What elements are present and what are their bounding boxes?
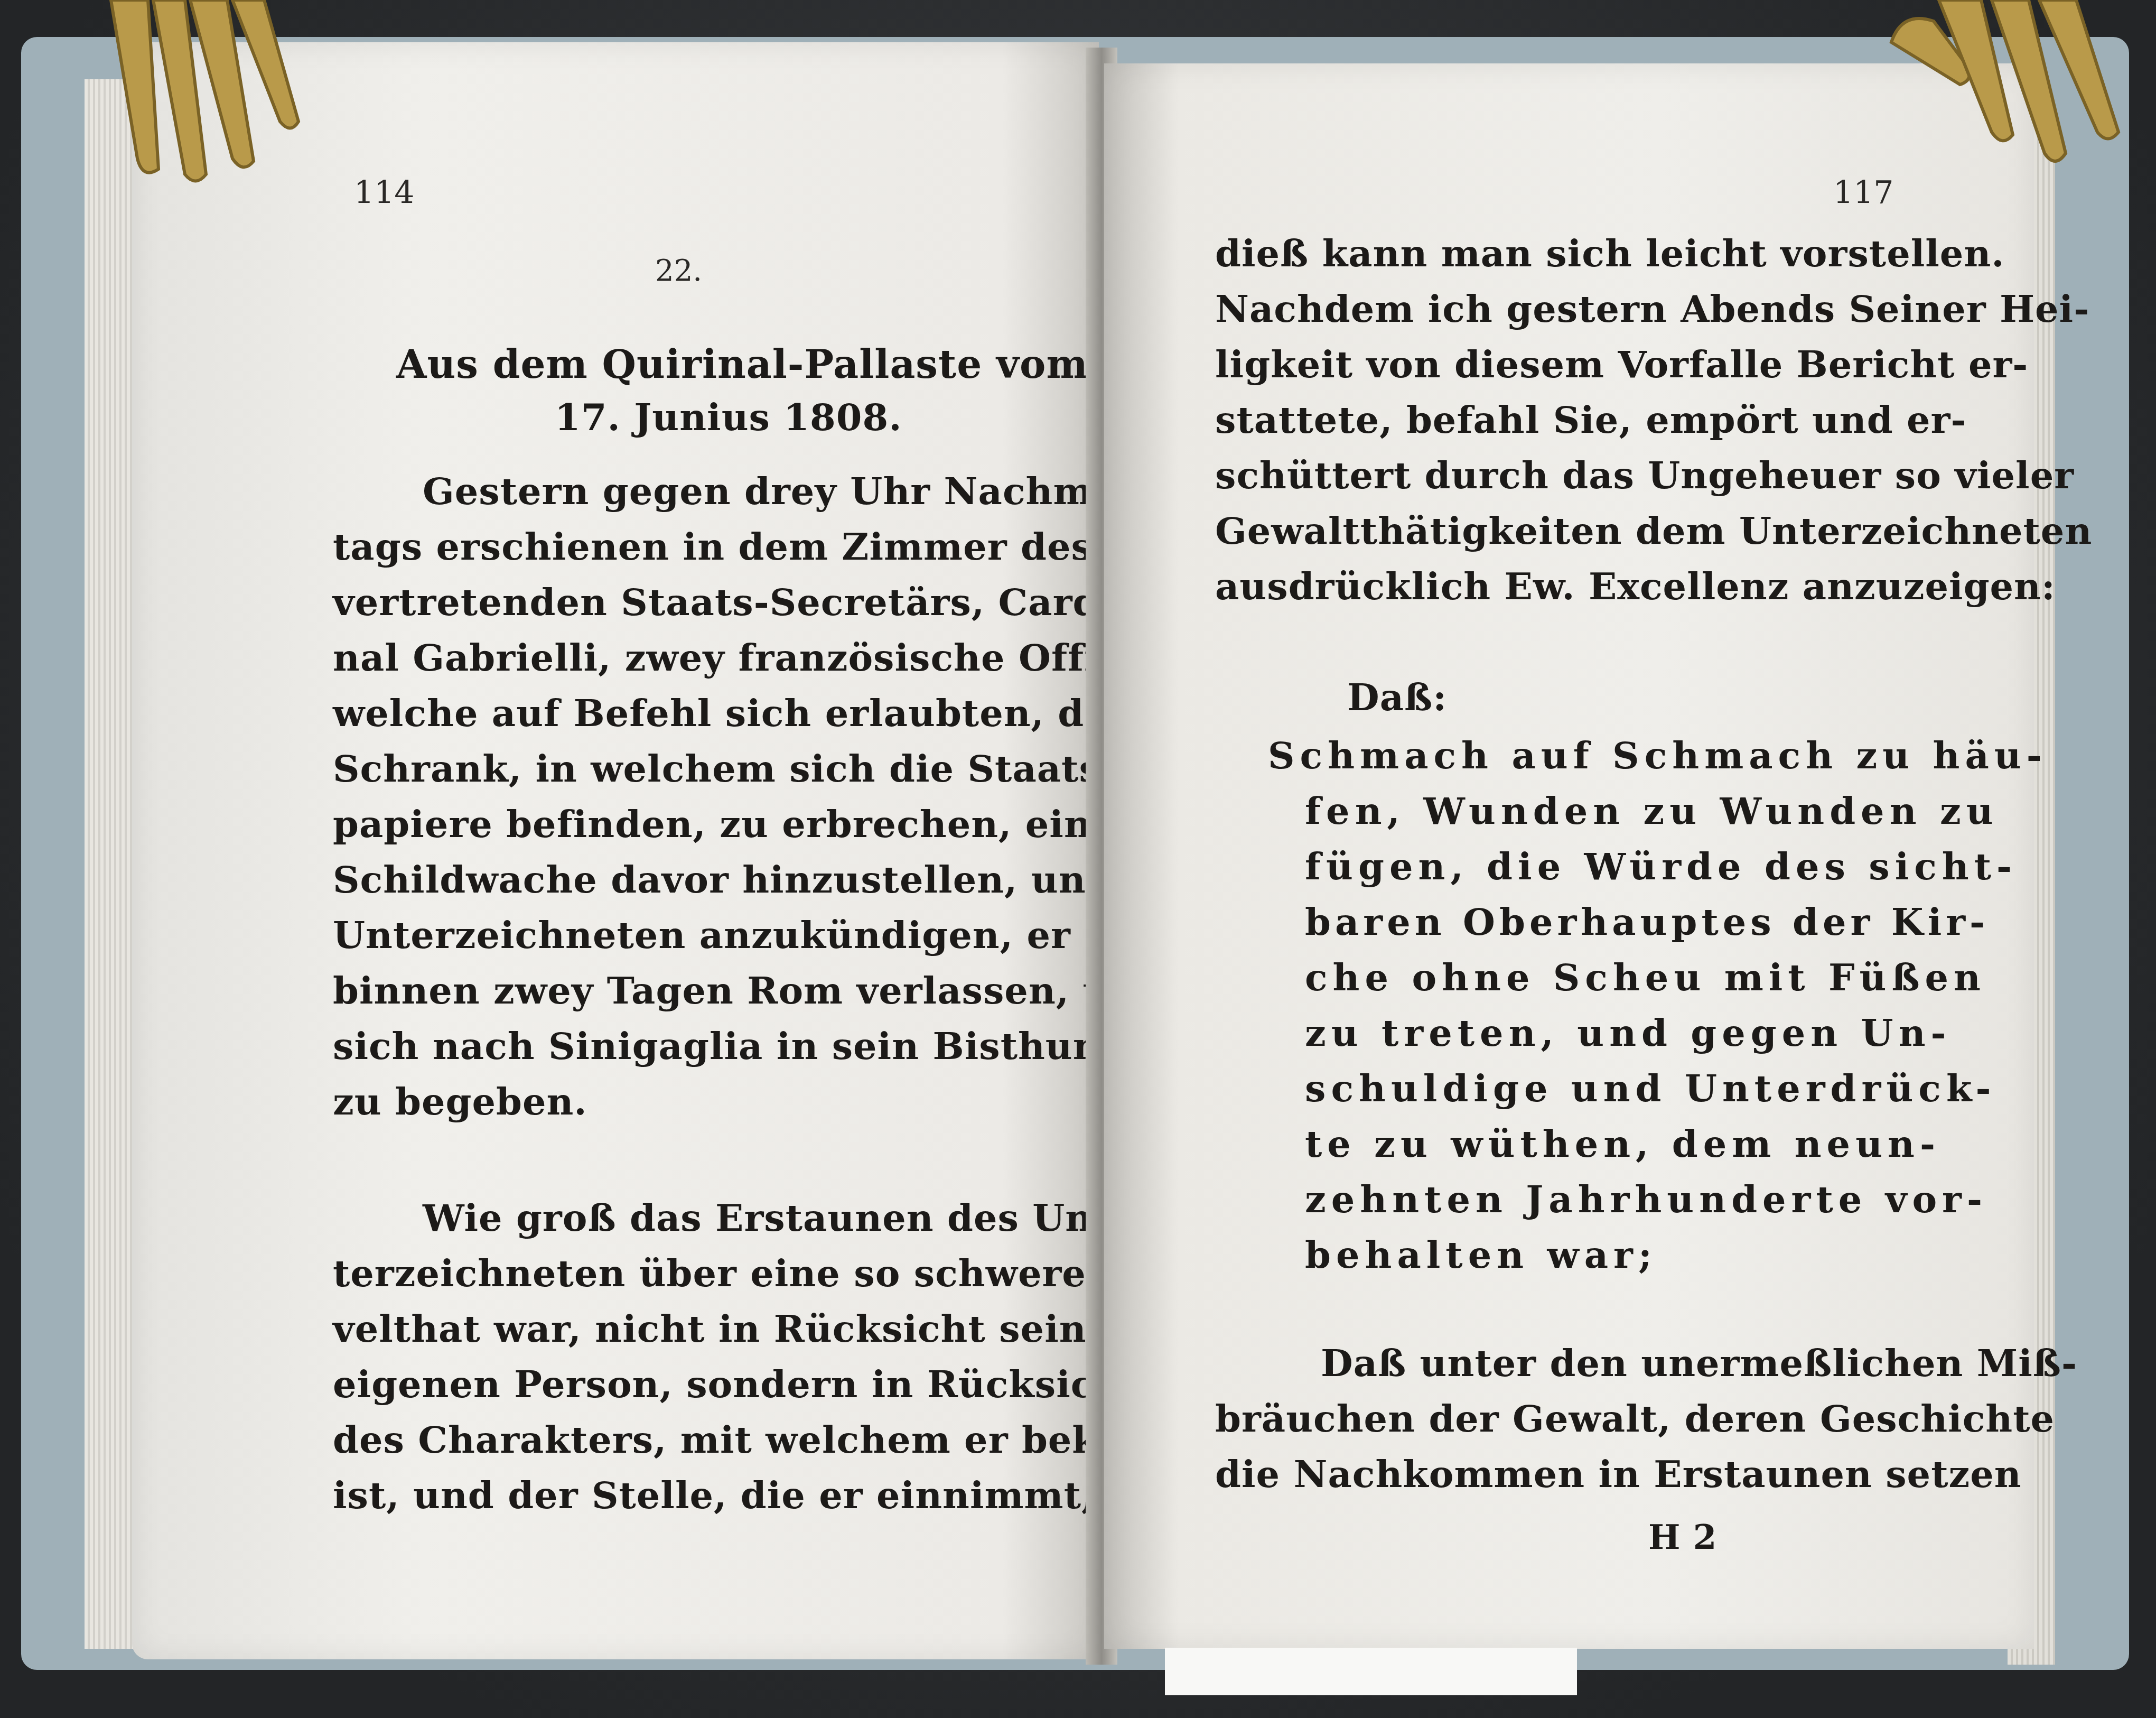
left-line: Schrank, in welchem sich die Staats- — [333, 742, 1116, 795]
right-page: 117 dieß kann man sich leicht vorstellen… — [1104, 63, 2034, 1649]
right-page-number: 117 — [1833, 174, 1894, 211]
right-line: schüttert durch das Ungeheuer so vieler — [1215, 449, 2074, 502]
right-line: behalten war; — [1305, 1229, 1657, 1281]
left-line: tags erschienen in dem Zimmer des stell- — [333, 521, 1214, 573]
left-line: velthat war, nicht in Rücksicht seiner — [333, 1303, 1131, 1355]
right-line: bräuchen der Gewalt, deren Geschichte — [1215, 1392, 2055, 1445]
heading-line-1: Aus dem Quirinal-Pallaste vom — [396, 338, 1088, 391]
right-line: fügen, die Würde des sicht- — [1305, 840, 2017, 893]
right-line: fen, Wunden zu Wunden zu — [1305, 785, 1999, 838]
right-line: che ohne Scheu mit Füßen — [1305, 951, 1986, 1004]
left-line: sich nach Sinigaglia in sein Bisthum — [333, 1020, 1113, 1073]
right-line: Gewaltthätigkeiten dem Unterzeichneten — [1215, 505, 2092, 558]
left-line: papiere befinden, zu erbrechen, eine — [333, 798, 1115, 851]
left-line: Wie groß das Erstaunen des Un- — [423, 1192, 1108, 1245]
left-line: ist, und der Stelle, die er einnimmt, — [333, 1469, 1095, 1522]
right-line: baren Oberhauptes der Kir- — [1305, 896, 1989, 949]
right-line: stattete, befahl Sie, empört und er- — [1215, 394, 1967, 447]
left-line: binnen zwey Tagen Rom verlassen, um — [333, 964, 1150, 1017]
right-line: ligkeit von diesem Vorfalle Bericht er- — [1215, 338, 2028, 391]
left-line: Gestern gegen drey Uhr Nachmit- — [423, 465, 1141, 518]
left-page-number: 114 — [354, 174, 415, 211]
right-line: zu treten, und gegen Un- — [1305, 1007, 1952, 1060]
left-line: eigenen Person, sondern in Rücksicht — [333, 1358, 1139, 1411]
right-line: schuldige und Unterdrück- — [1305, 1062, 1996, 1115]
right-line: te zu wüthen, dem neun- — [1305, 1118, 1940, 1171]
left-line: zu begeben. — [333, 1075, 587, 1128]
brass-hand-weight-right-icon — [1870, 0, 2134, 174]
left-line: terzeichneten über eine so schwere Fre- — [333, 1247, 1186, 1300]
left-line: nal Gabrielli, zwey französische Officie… — [333, 632, 1218, 684]
section-number: 22. — [655, 254, 702, 288]
right-line: zehnten Jahrhunderte vor- — [1305, 1173, 1987, 1226]
signature-mark: H 2 — [1648, 1511, 1717, 1564]
right-line: Daß unter den unermeßlichen Miß- — [1321, 1337, 2077, 1390]
brass-hand-weight-left-icon — [79, 0, 306, 190]
right-line: dieß kann man sich leicht vorstellen. — [1215, 227, 2005, 280]
left-line: Schildwache davor hinzustellen, und dem — [333, 853, 1216, 906]
left-page: 114 22. Aus dem Quirinal-Pallaste vom 17… — [132, 42, 1099, 1659]
left-line: welche auf Befehl sich erlaubten, den — [333, 687, 1136, 740]
right-line: Schmach auf Schmach zu häu- — [1268, 729, 2047, 782]
left-line: Unterzeichneten anzukündigen, er solle — [333, 909, 1184, 962]
right-line: Daß: — [1347, 671, 1447, 724]
label-strip — [1165, 1648, 1577, 1695]
heading-line-2: 17. Junius 1808. — [555, 391, 902, 444]
left-line: vertretenden Staats-Secretärs, Cardi- — [333, 576, 1130, 629]
right-line: Nachdem ich gestern Abends Seiner Hei- — [1215, 283, 2089, 336]
right-line: die Nachkommen in Erstaunen setzen — [1215, 1448, 2022, 1501]
right-line: ausdrücklich Ew. Excellenz anzuzeigen: — [1215, 560, 2056, 613]
